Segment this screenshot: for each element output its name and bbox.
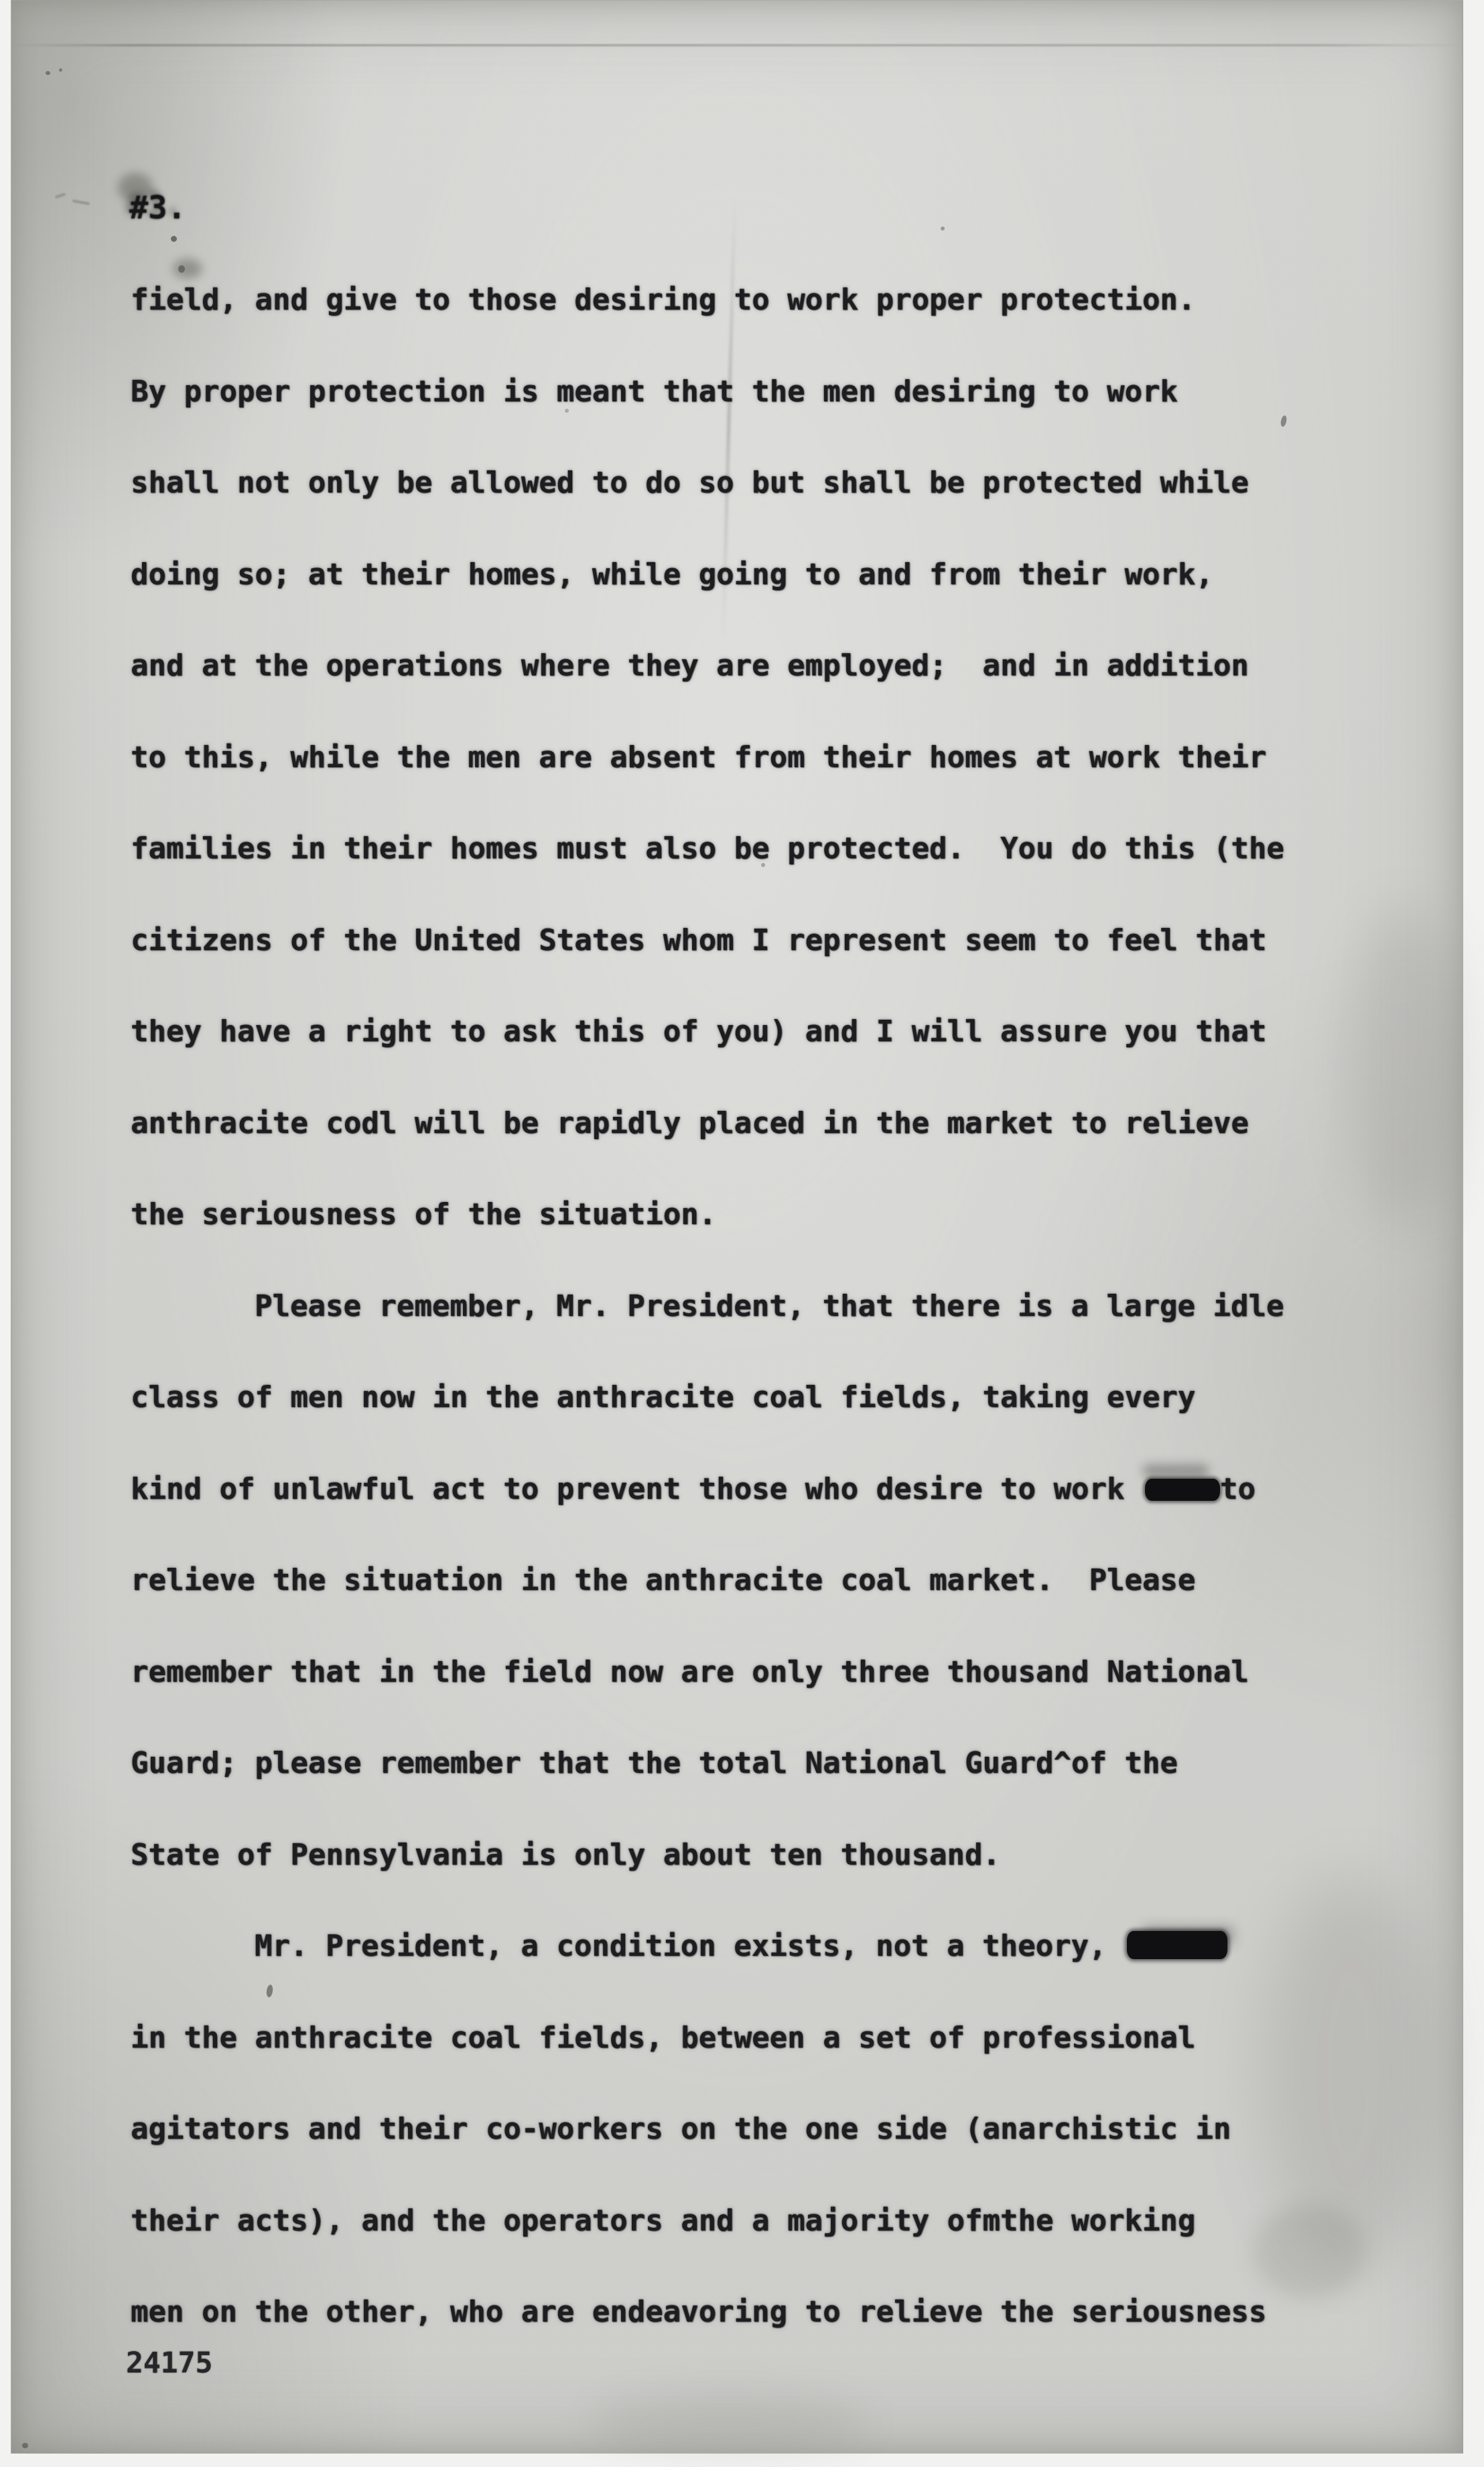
text-line: class of men now in the anthracite coal … [131,1379,1377,1471]
speck [171,236,177,242]
text-line-content: doing so; at their homes, while going to… [131,557,1213,592]
page-number: #3. [129,190,186,226]
text-line: doing so; at their homes, while going to… [131,556,1377,648]
text-line: Guard; please remember that the total Na… [131,1745,1377,1837]
text-line-content: remember that in the field now are only … [131,1655,1249,1689]
text-line: agitators and their co-workers on the on… [131,2111,1377,2202]
text-line-content: Please remember, Mr. President, that the… [255,1289,1284,1323]
text-line: remember that in the field now are only … [131,1654,1377,1745]
text-line-content: to this, while the men are absent from t… [131,740,1266,775]
text-line-content: families in their homes must also be pro… [131,831,1284,866]
text-line: anthracite codl will be rapidly placed i… [131,1105,1377,1197]
text-line-content: By proper protection is meant that the m… [131,375,1178,409]
text-line-content: the seriousness of the situation. [131,1197,716,1231]
text-line: citizens of the United States whom I rep… [131,922,1377,1014]
text-line: State of Pennsylvania is only about ten … [131,1837,1377,1928]
text-line-content: in the anthracite coal fields, between a… [131,2021,1195,2055]
text-after-blot: to [1220,1472,1256,1506]
ink-smudge [173,259,202,279]
text-line: they have a right to ask this of you) an… [131,1013,1377,1105]
text-line: relieve the situation in the anthracite … [131,1562,1377,1654]
text-line-content: their acts), and the operators and a maj… [131,2204,1195,2238]
document-serial-number: 24175 [126,2346,212,2380]
text-line-content: relieve the situation in the anthracite … [131,1563,1195,1597]
text-line-content: men on the other, who are endeavoring to… [131,2295,1266,2329]
scanned-document-page: #3. field, and give to those desiring to… [0,0,1484,2467]
text-line-content: citizens of the United States whom I rep… [131,923,1266,957]
text-line: their acts), and the operators and a maj… [131,2202,1377,2294]
text-line: shall not only be allowed to do so but s… [131,464,1377,556]
speck [22,2443,28,2448]
text-line: the seriousness of the situation. [131,1196,1377,1288]
text-line-content: agitators and their co-workers on the on… [131,2112,1231,2146]
ink-blot [1145,1479,1220,1501]
text-line: men on the other, who are endeavoring to… [131,2293,1377,2385]
text-line-content: anthracite codl will be rapidly placed i… [131,1106,1249,1140]
text-line: in the anthracite coal fields, between a… [131,2019,1377,2111]
ink-blot [1127,1931,1227,1959]
text-line: field, and give to those desiring to wor… [131,281,1377,373]
paper-crease-horizontal [13,44,1461,46]
text-line: Please remember, Mr. President, that the… [131,1288,1377,1380]
text-line: kind of unlawful act to prevent those wh… [131,1471,1377,1562]
text-lines: field, and give to those desiring to wor… [131,281,1377,2385]
text-line-content: shall not only be allowed to do so but s… [131,466,1249,500]
stain [590,2392,871,2452]
text-line: families in their homes must also be pro… [131,830,1377,922]
text-line: By proper protection is meant that the m… [131,373,1377,465]
text-line-content: Guard; please remember that the total Na… [131,1746,1178,1780]
text-line-content: State of Pennsylvania is only about ten … [131,1838,1000,1872]
text-line-content: class of men now in the anthracite coal … [131,1380,1195,1414]
text-line-content: they have a right to ask this of you) an… [131,1014,1266,1049]
text-line-content: and at the operations where they are emp… [131,649,1249,683]
text-line-content: field, and give to those desiring to wor… [131,283,1195,317]
text-line: and at the operations where they are emp… [131,647,1377,739]
text-line-content: Mr. President, a condition exists, not a… [255,1929,1124,1963]
text-line: Mr. President, a condition exists, not a… [131,1928,1377,2019]
speck [941,226,945,230]
speck [59,68,62,72]
text-line: to this, while the men are absent from t… [131,739,1377,831]
speck [46,71,50,75]
text-line-content: kind of unlawful act to prevent those wh… [131,1472,1142,1506]
